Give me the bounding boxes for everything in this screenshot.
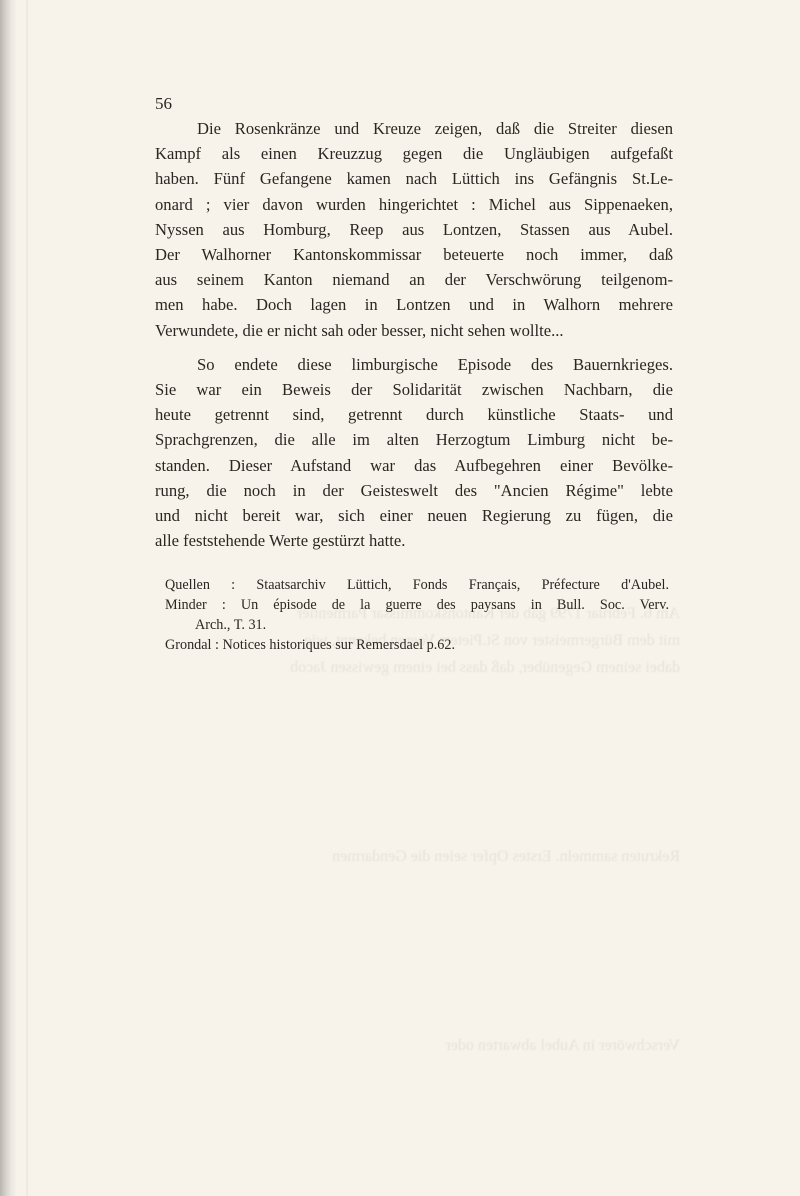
text-line: men habe. Doch lagen in Lontzen und in W…	[155, 292, 673, 317]
page-edge-shadow	[0, 0, 16, 1196]
sources-list: Quellen : Staatsarchiv Lüttich, Fonds Fr…	[155, 575, 673, 655]
source-entry: Minder : Un épisode de la guerre des pay…	[165, 595, 669, 615]
source-entry-continuation: Arch., T. 31.	[165, 615, 673, 635]
bleed-line: Rekruten sammeln. Erstes Opfer seien die…	[140, 843, 680, 870]
text-line: Sprachgrenzen, die alle im alten Herzogt…	[155, 427, 673, 452]
text-line: Sie war ein Beweis der Solidarität zwisc…	[155, 377, 673, 402]
text-line: standen. Dieser Aufstand war das Aufbege…	[155, 453, 673, 478]
text-line: So endete diese limburgische Episode des…	[155, 352, 673, 377]
bleed-through-text: Am 6. Februar 1799 gab der Kantonskommis…	[140, 600, 680, 1100]
text-line: rung, die noch in der Geisteswelt des "A…	[155, 478, 673, 503]
text-line: alle feststehende Werte gestürzt hatte.	[155, 528, 673, 553]
page-content: 56 Die Rosenkränze und Kreuze zeigen, da…	[155, 92, 673, 655]
text-line: heute getrennt sind, getrennt durch küns…	[155, 402, 673, 427]
text-line: onard ; vier davon wurden hingerichtet :…	[155, 192, 673, 217]
text-line: Der Walhorner Kantonskommissar beteuerte…	[155, 242, 673, 267]
paragraph-1: Die Rosenkränze und Kreuze zeigen, daß d…	[155, 116, 673, 343]
text-line: Kampf als einen Kreuzzug gegen die Unglä…	[155, 141, 673, 166]
source-entry: Grondal : Notices historiques sur Remers…	[165, 635, 673, 655]
text-line: und nicht bereit war, sich einer neuen R…	[155, 503, 673, 528]
source-entry: Quellen : Staatsarchiv Lüttich, Fonds Fr…	[165, 575, 669, 595]
text-line: haben. Fünf Gefangene kamen nach Lüttich…	[155, 166, 673, 191]
bleed-line: dabei seinem Gegenüber, daß dass bei ein…	[140, 654, 680, 681]
text-line: Die Rosenkränze und Kreuze zeigen, daß d…	[155, 116, 673, 141]
bleed-line: Verschwörer in Aubel abwarten oder	[140, 1032, 680, 1059]
text-line: Nyssen aus Homburg, Reep aus Lontzen, St…	[155, 217, 673, 242]
paragraph-2: So endete diese limburgische Episode des…	[155, 352, 673, 554]
text-line: aus seinem Kanton niemand an der Verschw…	[155, 267, 673, 292]
page-edge-line	[26, 0, 28, 1196]
text-line: Verwundete, die er nicht sah oder besser…	[155, 318, 673, 343]
page-number: 56	[155, 92, 673, 116]
